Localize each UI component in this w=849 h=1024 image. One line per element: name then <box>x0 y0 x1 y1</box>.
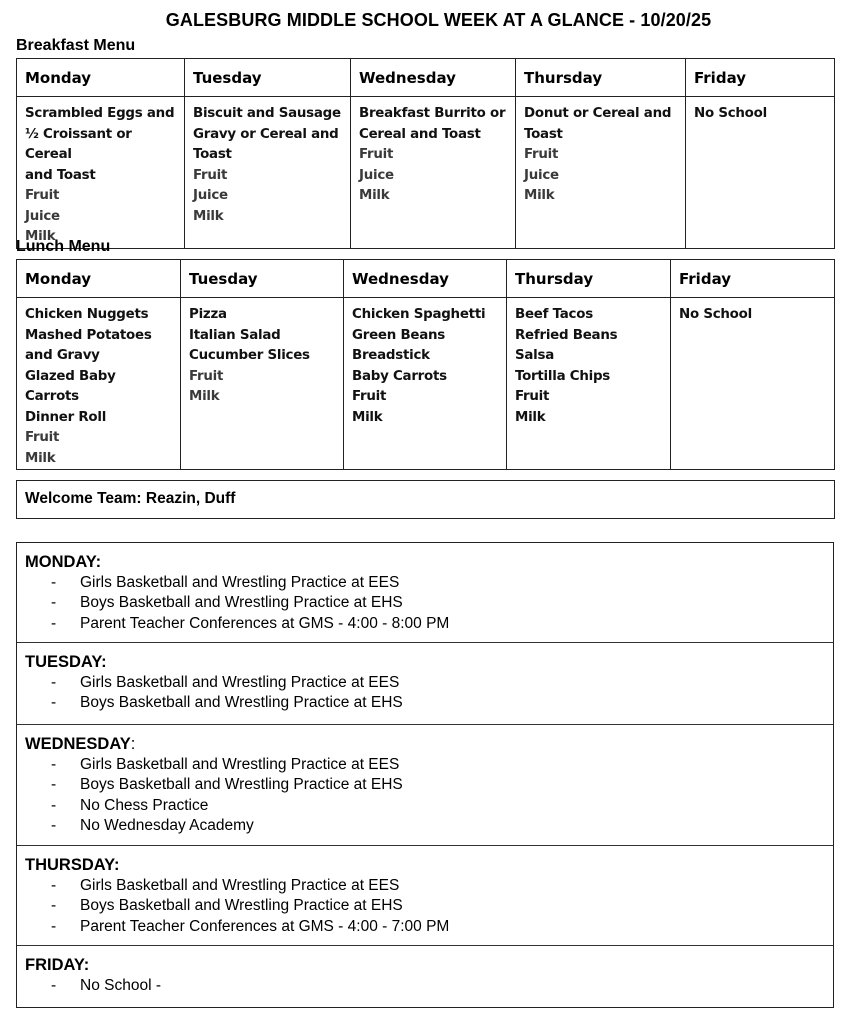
menu-item: Biscuit and Sausage <box>193 104 342 125</box>
menu-item: No School <box>694 104 826 125</box>
menu-item: and Gravy <box>25 346 172 367</box>
event-text: Boys Basketball and Wrestling Practice a… <box>80 897 403 914</box>
menu-item: Gravy or Cereal and <box>193 125 342 146</box>
event-text: No School - <box>80 977 161 994</box>
lunch-cell-tuesday: PizzaItalian SaladCucumber SlicesFruitMi… <box>181 298 344 470</box>
lunch-cell-friday: No School <box>671 298 835 470</box>
day-heading-colon: : <box>101 653 107 671</box>
day-heading-colon: : <box>96 553 102 571</box>
menu-item: Fruit <box>515 387 662 408</box>
event-item: -Girls Basketball and Wrestling Practice… <box>25 673 833 693</box>
lunch-header-wednesday: Wednesday <box>344 260 507 298</box>
day-heading: FRIDAY: <box>25 955 833 976</box>
menu-item: Milk <box>352 408 498 429</box>
menu-item: Beef Tacos <box>515 305 662 326</box>
breakfast-header-monday: Monday <box>17 59 185 97</box>
day-heading: TUESDAY: <box>25 652 833 673</box>
menu-item: Juice <box>524 166 677 187</box>
event-text: No Wednesday Academy <box>80 817 254 834</box>
lunch-header-tuesday: Tuesday <box>181 260 344 298</box>
bullet-dash-icon: - <box>51 816 56 836</box>
day-heading: THURSDAY: <box>25 855 833 876</box>
event-item: -Boys Basketball and Wrestling Practice … <box>25 593 833 613</box>
event-item: -No Wednesday Academy <box>25 816 833 836</box>
event-text: Girls Basketball and Wrestling Practice … <box>80 674 399 691</box>
menu-item: Salsa <box>515 346 662 367</box>
menu-item: Breadstick <box>352 346 498 367</box>
breakfast-header-friday: Friday <box>686 59 835 97</box>
lunch-cell-thursday: Beef TacosRefried BeansSalsaTortilla Chi… <box>507 298 671 470</box>
menu-item: Scrambled Eggs and <box>25 104 176 125</box>
weekly-events-box: MONDAY:-Girls Basketball and Wrestling P… <box>16 542 834 1008</box>
menu-item: Fruit <box>25 186 176 207</box>
day-heading-colon: : <box>84 956 90 974</box>
events-day-friday: FRIDAY:-No School - <box>17 946 833 1009</box>
events-day-tuesday: TUESDAY:-Girls Basketball and Wrestling … <box>17 643 833 725</box>
menu-item: Dinner Roll <box>25 408 172 429</box>
bullet-dash-icon: - <box>51 573 56 593</box>
bullet-dash-icon: - <box>51 693 56 713</box>
lunch-menu-table: MondayTuesdayWednesdayThursdayFriday Chi… <box>16 259 835 470</box>
bullet-dash-icon: - <box>51 796 56 816</box>
breakfast-cell-thursday: Donut or Cereal andToastFruitJuiceMilk <box>516 97 686 249</box>
event-item: -No School - <box>25 976 833 996</box>
menu-item: Italian Salad <box>189 326 335 347</box>
breakfast-items-row: Scrambled Eggs and½ Croissant or Cereala… <box>17 97 835 249</box>
bullet-dash-icon: - <box>51 917 56 937</box>
welcome-team-text: Welcome Team: Reazin, Duff <box>25 490 235 507</box>
events-day-wednesday: WEDNESDAY:-Girls Basketball and Wrestlin… <box>17 725 833 846</box>
breakfast-menu-label: Breakfast Menu <box>16 37 135 55</box>
event-text: Parent Teacher Conferences at GMS - 4:00… <box>80 615 449 632</box>
event-text: Girls Basketball and Wrestling Practice … <box>80 756 399 773</box>
breakfast-header-thursday: Thursday <box>516 59 686 97</box>
menu-item: Cereal and Toast <box>359 125 507 146</box>
menu-item: Tortilla Chips <box>515 367 662 388</box>
menu-item: No School <box>679 305 826 326</box>
lunch-menu-label: Lunch Menu <box>16 238 110 256</box>
lunch-cell-wednesday: Chicken SpaghettiGreen BeansBreadstickBa… <box>344 298 507 470</box>
bullet-dash-icon: - <box>51 876 56 896</box>
menu-item: Toast <box>524 125 677 146</box>
event-text: Girls Basketball and Wrestling Practice … <box>80 877 399 894</box>
event-text: Boys Basketball and Wrestling Practice a… <box>80 776 403 793</box>
breakfast-cell-tuesday: Biscuit and SausageGravy or Cereal andTo… <box>185 97 351 249</box>
lunch-header-thursday: Thursday <box>507 260 671 298</box>
menu-item: Juice <box>25 207 176 228</box>
lunch-header-monday: Monday <box>17 260 181 298</box>
menu-item: Milk <box>193 207 342 228</box>
menu-item: Milk <box>25 449 172 470</box>
event-item: -Girls Basketball and Wrestling Practice… <box>25 755 833 775</box>
event-text: Girls Basketball and Wrestling Practice … <box>80 574 399 591</box>
menu-item: Fruit <box>25 428 172 449</box>
menu-item: Baby Carrots <box>352 367 498 388</box>
menu-item: Toast <box>193 145 342 166</box>
event-item: -Boys Basketball and Wrestling Practice … <box>25 693 833 713</box>
menu-item: Juice <box>193 186 342 207</box>
event-item: -Girls Basketball and Wrestling Practice… <box>25 573 833 593</box>
bullet-dash-icon: - <box>51 593 56 613</box>
lunch-cell-monday: Chicken NuggetsMashed Potatoesand GravyG… <box>17 298 181 470</box>
menu-item: Chicken Spaghetti <box>352 305 498 326</box>
events-day-monday: MONDAY:-Girls Basketball and Wrestling P… <box>17 543 833 643</box>
breakfast-cell-friday: No School <box>686 97 835 249</box>
event-text: Parent Teacher Conferences at GMS - 4:00… <box>80 918 449 935</box>
menu-item: Milk <box>524 186 677 207</box>
events-day-thursday: THURSDAY:-Girls Basketball and Wrestling… <box>17 846 833 946</box>
menu-item: Milk <box>515 408 662 429</box>
menu-item: Fruit <box>189 367 335 388</box>
menu-item: and Toast <box>25 166 176 187</box>
menu-item: Mashed Potatoes <box>25 326 172 347</box>
day-heading: MONDAY: <box>25 552 833 573</box>
event-item: -No Chess Practice <box>25 796 833 816</box>
menu-item: Milk <box>359 186 507 207</box>
event-item: -Parent Teacher Conferences at GMS - 4:0… <box>25 917 833 937</box>
breakfast-header-row: MondayTuesdayWednesdayThursdayFriday <box>17 59 835 97</box>
menu-item: Fruit <box>352 387 498 408</box>
lunch-header-friday: Friday <box>671 260 835 298</box>
event-text: No Chess Practice <box>80 797 208 814</box>
menu-item: Glazed Baby Carrots <box>25 367 172 408</box>
menu-item: Fruit <box>359 145 507 166</box>
menu-item: Fruit <box>193 166 342 187</box>
menu-item: Chicken Nuggets <box>25 305 172 326</box>
event-text: Boys Basketball and Wrestling Practice a… <box>80 594 403 611</box>
day-heading: WEDNESDAY: <box>25 734 833 755</box>
breakfast-menu-table: MondayTuesdayWednesdayThursdayFriday Scr… <box>16 58 835 249</box>
breakfast-header-wednesday: Wednesday <box>351 59 516 97</box>
event-text: Boys Basketball and Wrestling Practice a… <box>80 694 403 711</box>
page-title: GALESBURG MIDDLE SCHOOL WEEK AT A GLANCE… <box>0 10 849 31</box>
menu-item: Breakfast Burrito or <box>359 104 507 125</box>
event-item: -Boys Basketball and Wrestling Practice … <box>25 896 833 916</box>
bullet-dash-icon: - <box>51 673 56 693</box>
bullet-dash-icon: - <box>51 755 56 775</box>
menu-item: Cucumber Slices <box>189 346 335 367</box>
welcome-team-box: Welcome Team: Reazin, Duff <box>16 480 835 519</box>
breakfast-cell-monday: Scrambled Eggs and½ Croissant or Cereala… <box>17 97 185 249</box>
menu-item: Pizza <box>189 305 335 326</box>
menu-item: Milk <box>189 387 335 408</box>
bullet-dash-icon: - <box>51 614 56 634</box>
menu-item: Fruit <box>524 145 677 166</box>
event-item: -Girls Basketball and Wrestling Practice… <box>25 876 833 896</box>
menu-item: ½ Croissant or Cereal <box>25 125 176 166</box>
bullet-dash-icon: - <box>51 976 56 996</box>
breakfast-cell-wednesday: Breakfast Burrito orCereal and ToastFrui… <box>351 97 516 249</box>
menu-item: Juice <box>359 166 507 187</box>
lunch-items-row: Chicken NuggetsMashed Potatoesand GravyG… <box>17 298 835 470</box>
day-heading-colon: : <box>114 856 120 874</box>
breakfast-header-tuesday: Tuesday <box>185 59 351 97</box>
event-item: -Parent Teacher Conferences at GMS - 4:0… <box>25 614 833 634</box>
bullet-dash-icon: - <box>51 775 56 795</box>
menu-item: Green Beans <box>352 326 498 347</box>
day-heading-colon: : <box>131 735 136 753</box>
lunch-header-row: MondayTuesdayWednesdayThursdayFriday <box>17 260 835 298</box>
menu-item: Donut or Cereal and <box>524 104 677 125</box>
bullet-dash-icon: - <box>51 896 56 916</box>
menu-item: Refried Beans <box>515 326 662 347</box>
event-item: -Boys Basketball and Wrestling Practice … <box>25 775 833 795</box>
